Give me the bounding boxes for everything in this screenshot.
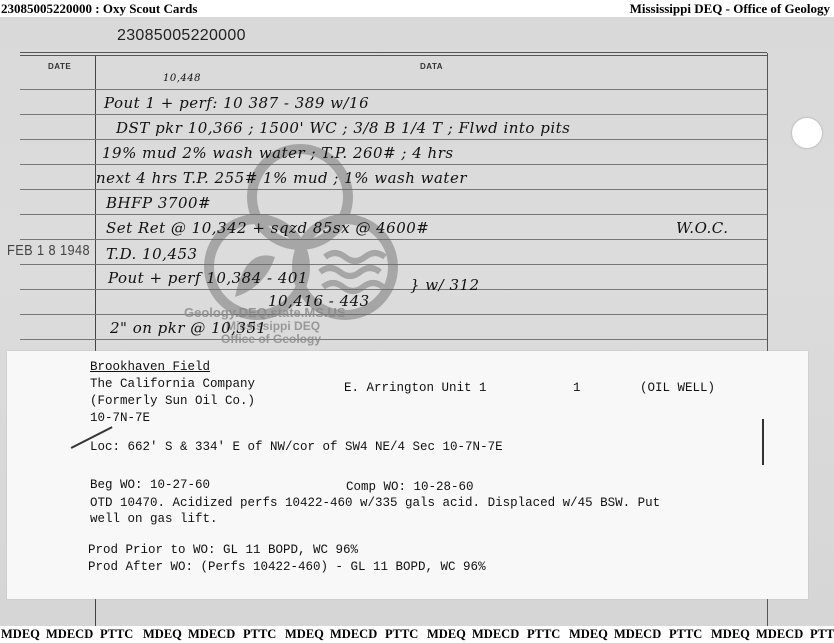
footer-label: MDECD bbox=[330, 627, 377, 642]
remarks-line-1: OTD 10470. Acidized perfs 10422-460 w/33… bbox=[90, 496, 660, 510]
footer-label: MDECD bbox=[614, 627, 661, 642]
footer-label: PTTC bbox=[243, 627, 276, 642]
handwritten-line: next 4 hrs T.P. 255# 1% mud ; 1% wash wa… bbox=[96, 169, 467, 187]
well-type: (OIL WELL) bbox=[640, 381, 715, 395]
ruled-line bbox=[20, 289, 767, 290]
handwritten-line: Set Ret @ 10,342 + sqzd 85sx @ 4600# bbox=[106, 219, 429, 237]
remarks-line-2: well on gas lift. bbox=[90, 512, 218, 526]
well-number: 1 bbox=[573, 381, 581, 395]
staple bbox=[762, 419, 764, 465]
ruled-line bbox=[20, 164, 767, 165]
scout-card: 23085005220000 DATE DATA FEB 1 8 1948 Ge… bbox=[0, 17, 834, 626]
footer-label: PTTC bbox=[100, 627, 133, 642]
divider bbox=[20, 52, 767, 53]
lease-name: E. Arrington Unit 1 bbox=[344, 381, 487, 395]
begin-workover: Beg WO: 10-27-60 bbox=[90, 478, 210, 492]
footer-label: MDEQ bbox=[569, 627, 608, 642]
footer-label: MDEQ bbox=[285, 627, 324, 642]
ruled-line bbox=[20, 89, 767, 90]
typed-slip: Brookhaven Field The California Company … bbox=[7, 351, 808, 599]
ruled-line bbox=[20, 239, 767, 240]
ruled-line bbox=[20, 264, 767, 265]
data-column-header: DATA bbox=[420, 62, 443, 71]
footer-label: MDECD bbox=[756, 627, 803, 642]
footer-label: PTTC bbox=[669, 627, 702, 642]
handwritten-line: Pout + perf 10,384 - 401 bbox=[108, 269, 308, 287]
handwritten-bracket: } w/ 312 bbox=[410, 276, 480, 294]
footer-label: MDEQ bbox=[1, 627, 40, 642]
organization-name: Mississippi DEQ - Office of Geology bbox=[630, 1, 830, 17]
footer-label: MDEQ bbox=[711, 627, 750, 642]
document-title: 23085005220000 : Oxy Scout Cards bbox=[1, 1, 197, 17]
handwritten-line: 10,416 - 443 bbox=[268, 292, 370, 310]
date-stamp: FEB 1 8 1948 bbox=[7, 242, 90, 259]
footer-label: PTTI bbox=[810, 627, 834, 642]
production-prior: Prod Prior to WO: GL 11 BOPD, WC 96% bbox=[88, 543, 358, 557]
footer-label: MDECD bbox=[188, 627, 235, 642]
handwritten-superscript: 10,448 bbox=[163, 73, 201, 84]
footer-label: PTTC bbox=[385, 627, 418, 642]
date-column-header: DATE bbox=[48, 62, 71, 71]
page-header: 23085005220000 : Oxy Scout Cards Mississ… bbox=[0, 0, 834, 17]
handwritten-line: 19% mud 2% wash water ; T.P. 260# ; 4 hr… bbox=[102, 144, 454, 162]
handwritten-line: T.D. 10,453 bbox=[106, 245, 198, 263]
footer-label: MDEQ bbox=[427, 627, 466, 642]
field-name: Brookhaven Field bbox=[90, 360, 210, 374]
ruled-line bbox=[20, 214, 767, 215]
handwritten-line: BHFP 3700# bbox=[106, 194, 211, 212]
ruled-line bbox=[20, 339, 767, 340]
former-operator: (Formerly Sun Oil Co.) bbox=[90, 394, 255, 408]
handwritten-line: DST pkr 10,366 ; 1500' WC ; 3/8 B 1/4 T … bbox=[116, 119, 570, 137]
handwritten-line: 2" on pkr @ 10,351 bbox=[110, 319, 267, 337]
ruled-line bbox=[20, 314, 767, 315]
ruled-line bbox=[20, 114, 767, 115]
handwritten-line: Pout 1 + perf: 10 387 - 389 w/16 bbox=[104, 94, 369, 112]
footer-label: PTTC bbox=[527, 627, 560, 642]
production-after: Prod After WO: (Perfs 10422-460) - GL 11… bbox=[88, 560, 486, 574]
section-township-range: 10-7N-7E bbox=[90, 411, 150, 425]
footer-label: MDECD bbox=[472, 627, 519, 642]
complete-workover: Comp WO: 10-28-60 bbox=[346, 480, 474, 494]
api-number: 23085005220000 bbox=[117, 27, 246, 45]
footer-label: MDECD bbox=[46, 627, 93, 642]
footer-label: MDEQ bbox=[143, 627, 182, 642]
ruled-line bbox=[20, 139, 767, 140]
punch-hole bbox=[792, 118, 822, 148]
footer-bar: MDEQ MDECD PTTC MDEQ MDECD PTTC MDEQ MDE… bbox=[0, 626, 834, 643]
location: Loc: 662' S & 334' E of NW/cor of SW4 NE… bbox=[90, 440, 503, 454]
ruled-line bbox=[20, 189, 767, 190]
divider bbox=[20, 55, 767, 56]
operator-name: The California Company bbox=[90, 377, 255, 391]
handwritten-note: W.O.C. bbox=[676, 219, 728, 237]
